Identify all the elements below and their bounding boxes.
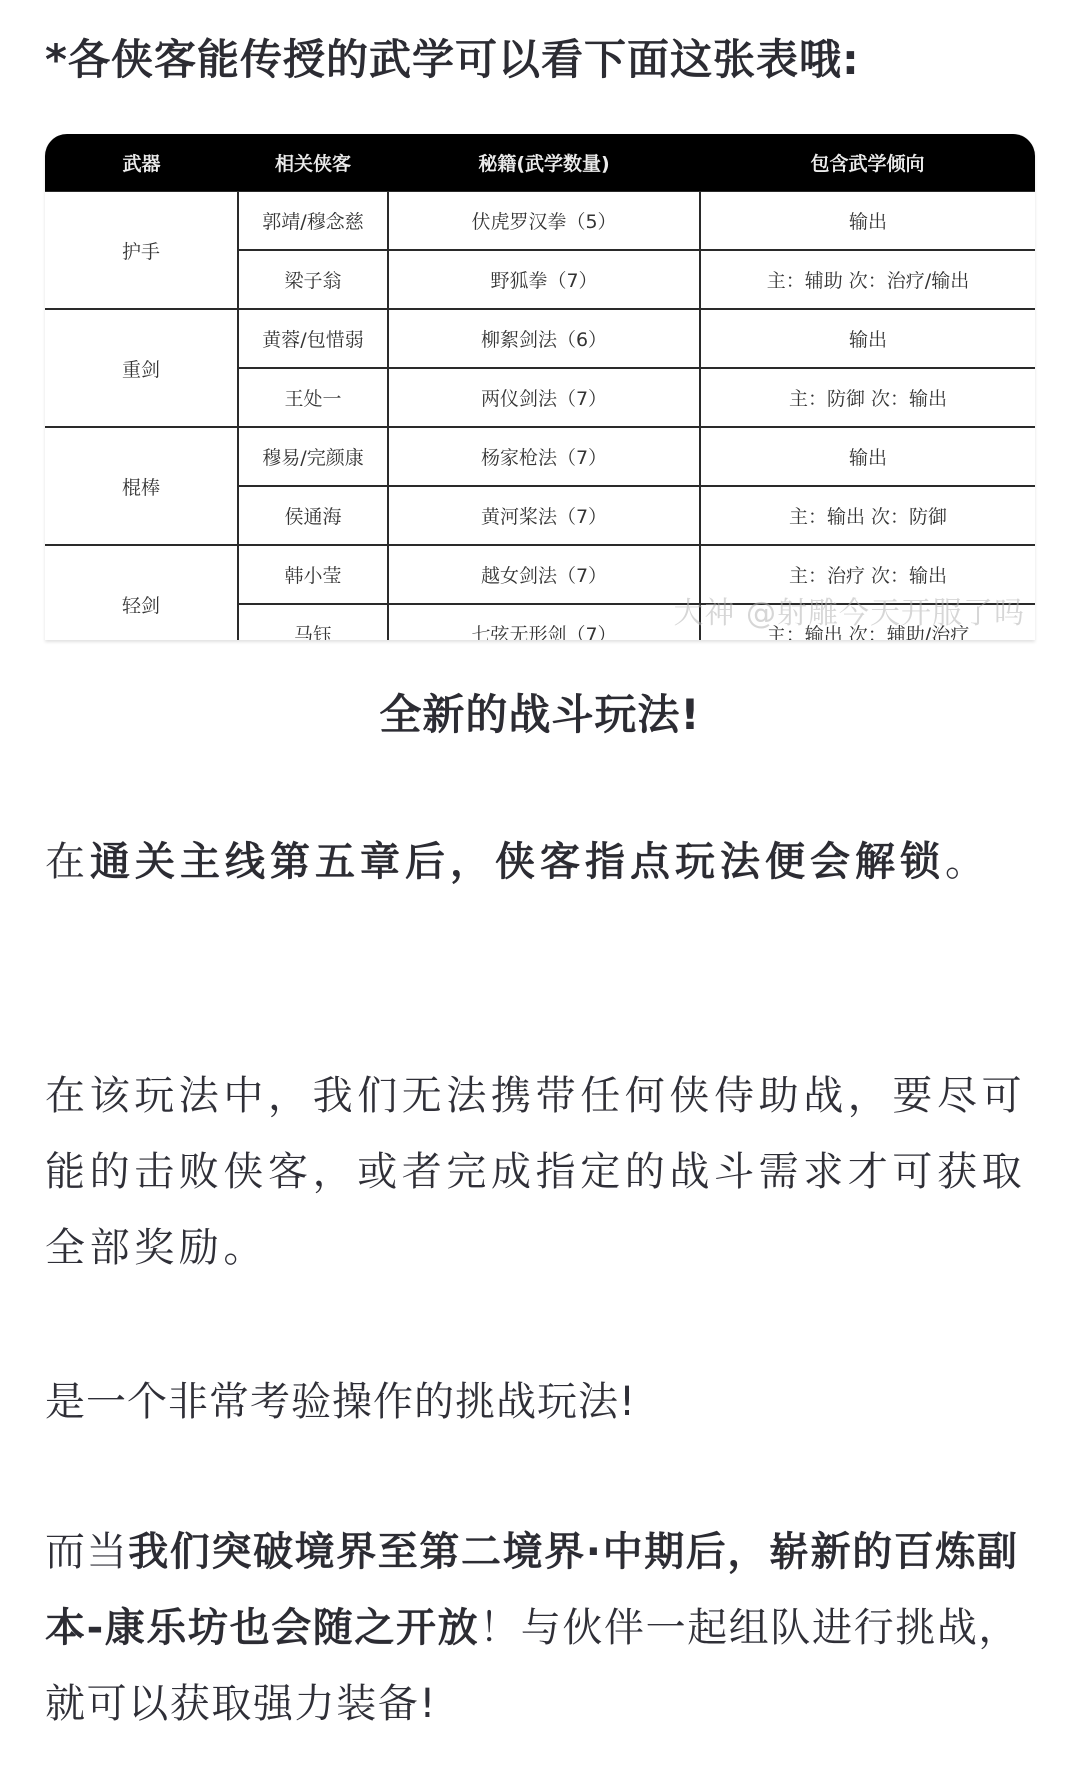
text-regular: 。 xyxy=(945,839,990,885)
manual-cell: 七弦无形剑（7） xyxy=(388,604,700,640)
text-regular: 在 xyxy=(45,839,90,885)
weapon-cell: 棍棒 xyxy=(45,427,238,545)
heroes-cell: 郭靖/穆念慈 xyxy=(238,192,388,251)
heroes-cell: 王处一 xyxy=(238,368,388,427)
text-bold-highlight: 通关主线第五章后，侠客指点玩法便会解锁 xyxy=(90,839,945,885)
heroes-cell: 黄蓉/包惜弱 xyxy=(238,309,388,368)
text-regular: 而当 xyxy=(45,1529,128,1575)
manual-cell: 伏虎罗汉拳（5） xyxy=(388,192,700,251)
heroes-cell: 穆易/完颜康 xyxy=(238,427,388,486)
weapon-cell: 重剑 xyxy=(45,309,238,427)
heroes-cell: 侯通海 xyxy=(238,486,388,545)
tendency-cell: 主：辅助 次：治疗/输出 xyxy=(700,250,1035,309)
manual-cell: 杨家枪法（7） xyxy=(388,427,700,486)
header-manual: 秘籍(武学数量) xyxy=(388,134,700,192)
table-row: 棍棒 穆易/完颜康 杨家枪法（7） 输出 xyxy=(45,427,1035,486)
tendency-cell: 输出 xyxy=(700,309,1035,368)
tendency-cell: 输出 xyxy=(700,427,1035,486)
table-header-row: 武器 相关侠客 秘籍(武学数量) 包含武学倾向 xyxy=(45,134,1035,192)
tendency-cell: 输出 xyxy=(700,192,1035,251)
header-weapon: 武器 xyxy=(45,134,238,192)
paragraph-unlock: 在通关主线第五章后，侠客指点玩法便会解锁。 xyxy=(45,824,1045,900)
header-heroes: 相关侠客 xyxy=(238,134,388,192)
weapon-cell: 护手 xyxy=(45,192,238,310)
section-heading: *各侠客能传授的武学可以看下面这张表哦: xyxy=(45,30,1045,90)
table-row: 护手 郭靖/穆念慈 伏虎罗汉拳（5） 输出 xyxy=(45,192,1035,251)
heroes-cell: 梁子翁 xyxy=(238,250,388,309)
tendency-cell: 主：治疗 次：输出 xyxy=(700,545,1035,604)
paragraph-dungeon: 而当我们突破境界至第二境界·中期后，崭新的百炼副本-康乐坊也会随之开放！与伙伴一… xyxy=(45,1514,1045,1742)
table-row: 重剑 黄蓉/包惜弱 柳絮剑法（6） 输出 xyxy=(45,309,1035,368)
tendency-cell: 主：输出 次：防御 xyxy=(700,486,1035,545)
manual-cell: 黄河桨法（7） xyxy=(388,486,700,545)
table-row: 轻剑 韩小莹 越女剑法（7） 主：治疗 次：输出 xyxy=(45,545,1035,604)
manual-cell: 柳絮剑法（6） xyxy=(388,309,700,368)
heroes-cell: 马钰 xyxy=(238,604,388,640)
martial-arts-table-image: 武器 相关侠客 秘籍(武学数量) 包含武学倾向 护手 郭靖/穆念慈 伏虎罗汉拳（… xyxy=(45,134,1035,640)
section-subtitle: 全新的战斗玩法! xyxy=(0,685,1080,745)
paragraph-rules: 在该玩法中，我们无法携带任何侠侍助战，要尽可能的击败侠客，或者完成指定的战斗需求… xyxy=(45,1058,1045,1286)
heroes-cell: 韩小莹 xyxy=(238,545,388,604)
weapon-cell: 轻剑 xyxy=(45,545,238,640)
manual-cell: 两仪剑法（7） xyxy=(388,368,700,427)
martial-arts-table: 武器 相关侠客 秘籍(武学数量) 包含武学倾向 护手 郭靖/穆念慈 伏虎罗汉拳（… xyxy=(45,134,1035,640)
tendency-cell: 主：输出 次：辅助/治疗 xyxy=(700,604,1035,640)
paragraph-challenge: 是一个非常考验操作的挑战玩法! xyxy=(45,1364,1045,1440)
manual-cell: 野狐拳（7） xyxy=(388,250,700,309)
manual-cell: 越女剑法（7） xyxy=(388,545,700,604)
tendency-cell: 主：防御 次：输出 xyxy=(700,368,1035,427)
header-tendency: 包含武学倾向 xyxy=(700,134,1035,192)
